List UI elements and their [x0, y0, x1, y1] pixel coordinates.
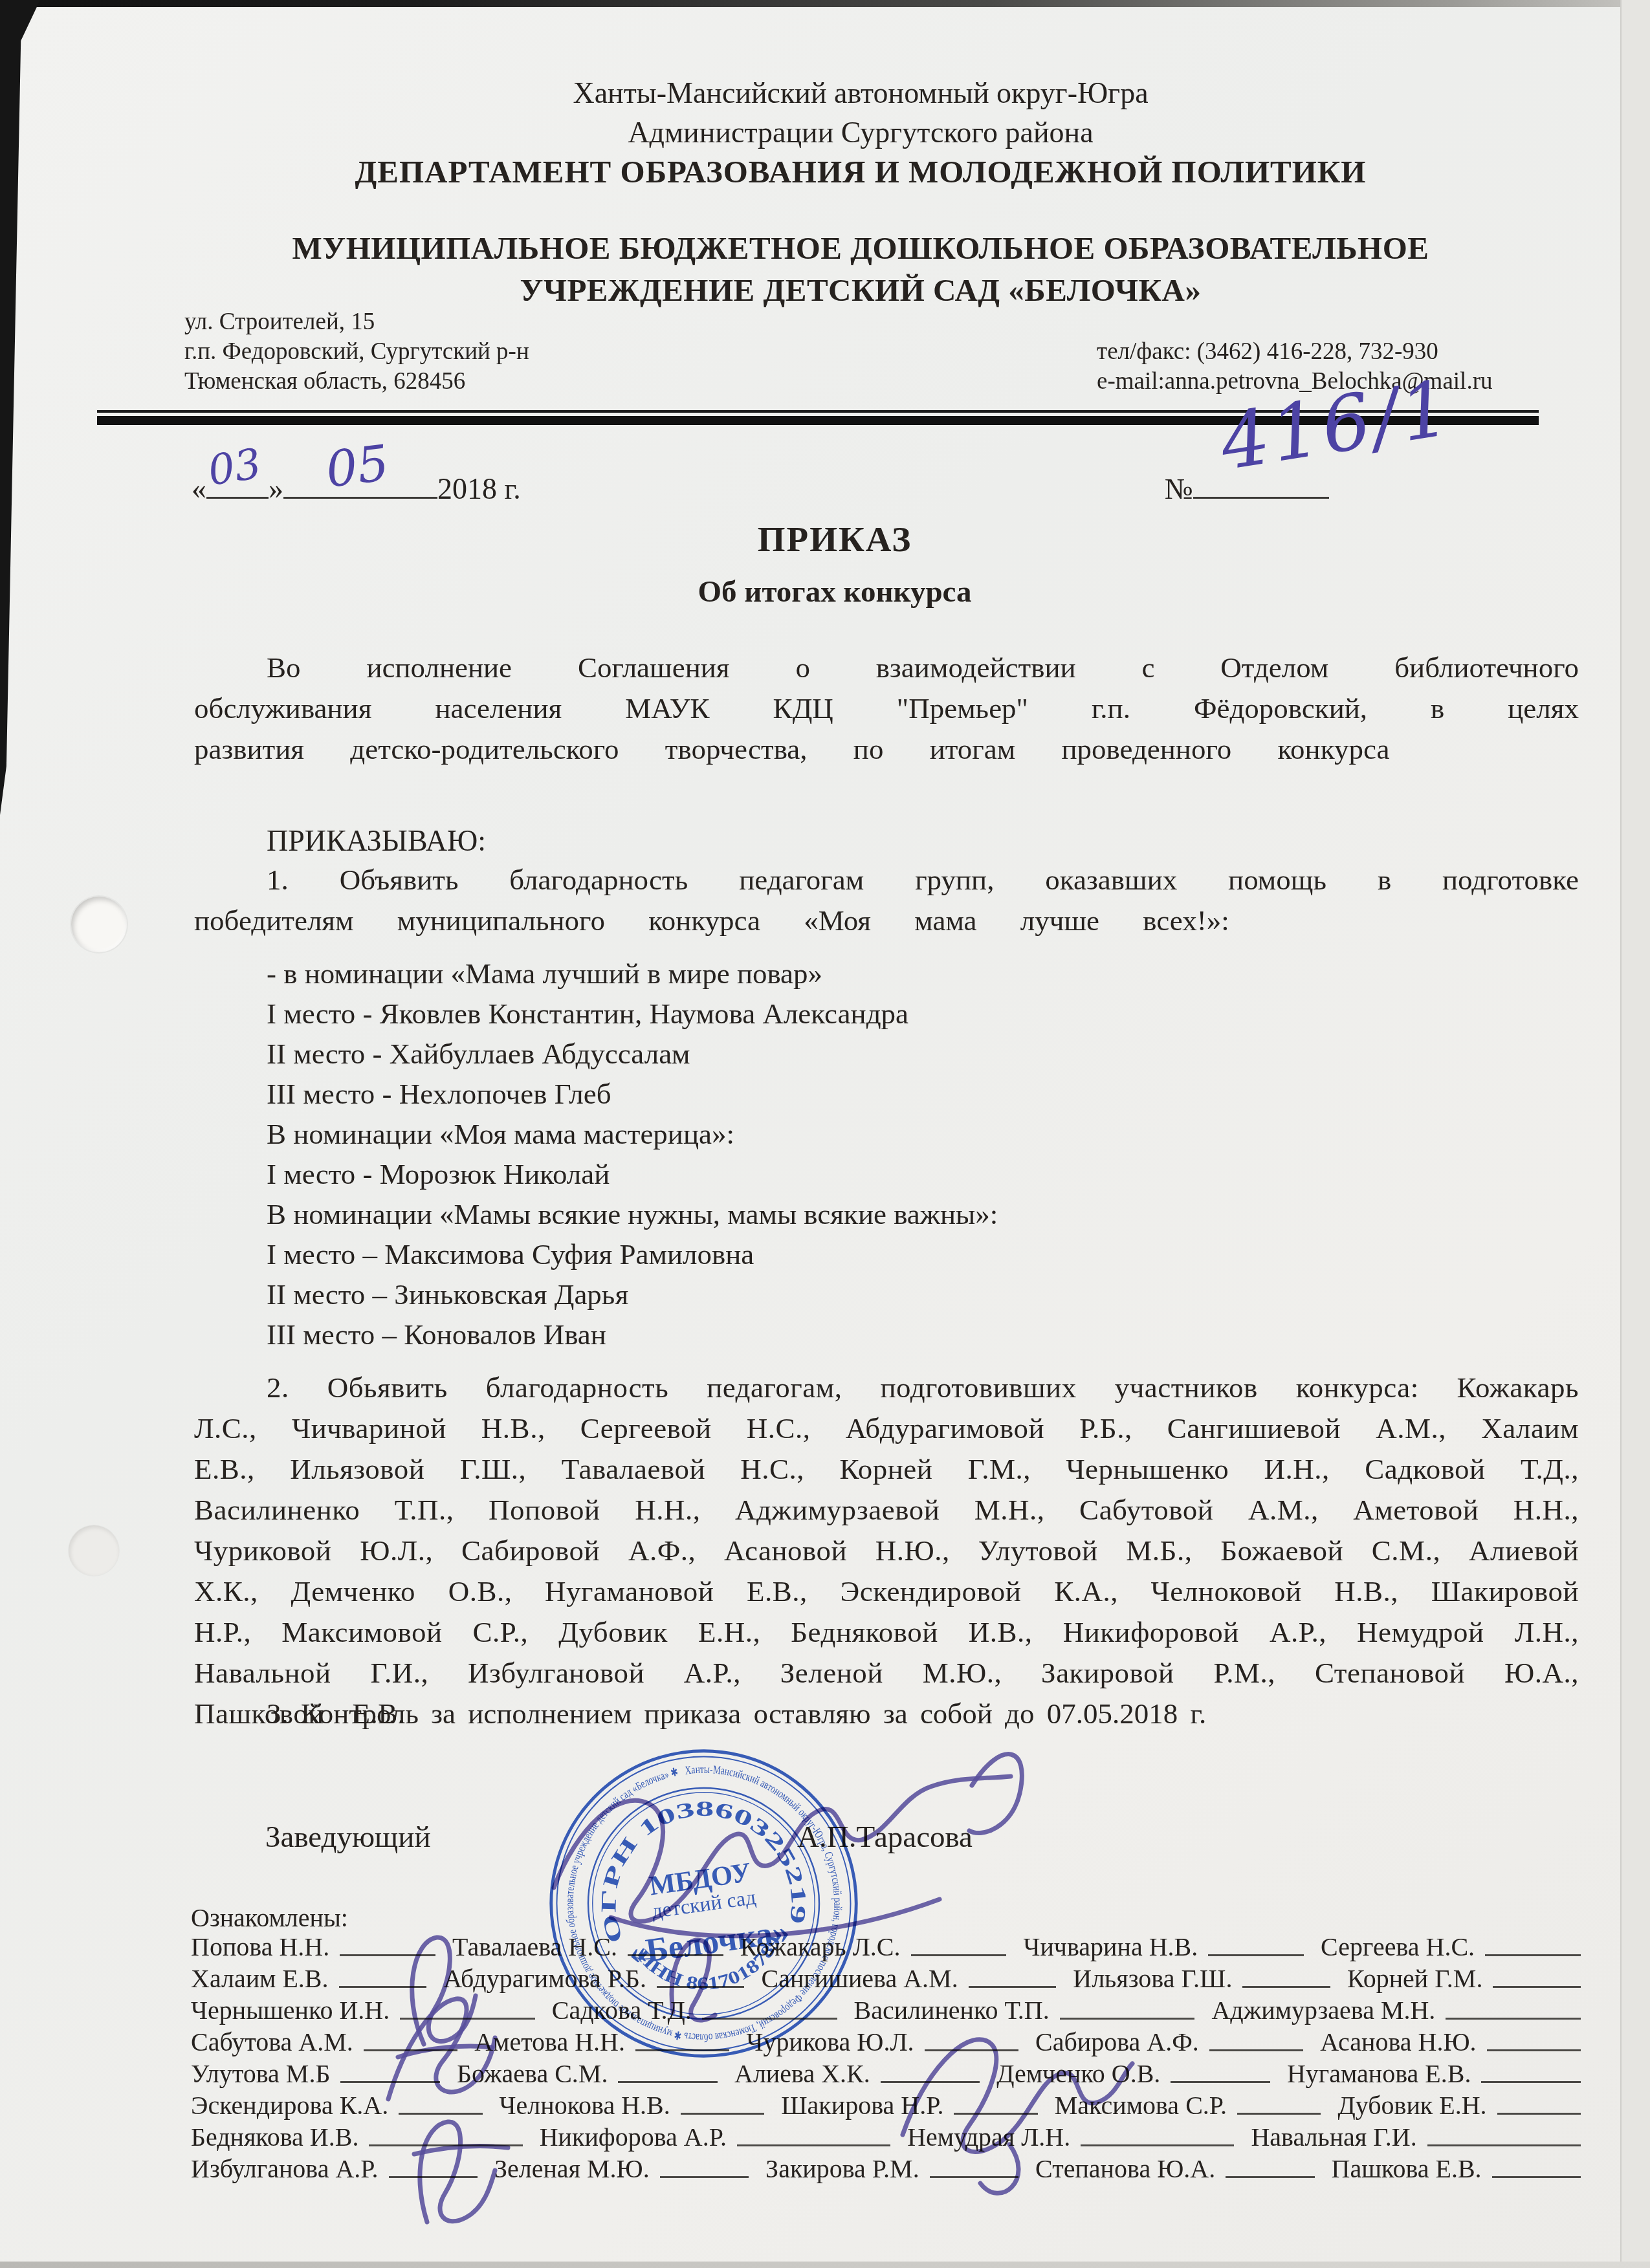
hole-punch-top	[71, 897, 127, 952]
scan-edge-right	[1620, 0, 1650, 2268]
scan-edge-top	[0, 0, 1650, 7]
hole-punch-bottom	[69, 1525, 119, 1576]
scanned-order-document: Ханты-Мансийский автономный округ-Югра А…	[0, 0, 1650, 2268]
director-signature	[554, 1754, 1022, 1936]
scan-edge-bottom	[0, 2262, 1650, 2268]
acknowledgement-signature	[388, 1937, 1132, 2222]
ink-signatures-overlay	[0, 0, 1650, 2268]
